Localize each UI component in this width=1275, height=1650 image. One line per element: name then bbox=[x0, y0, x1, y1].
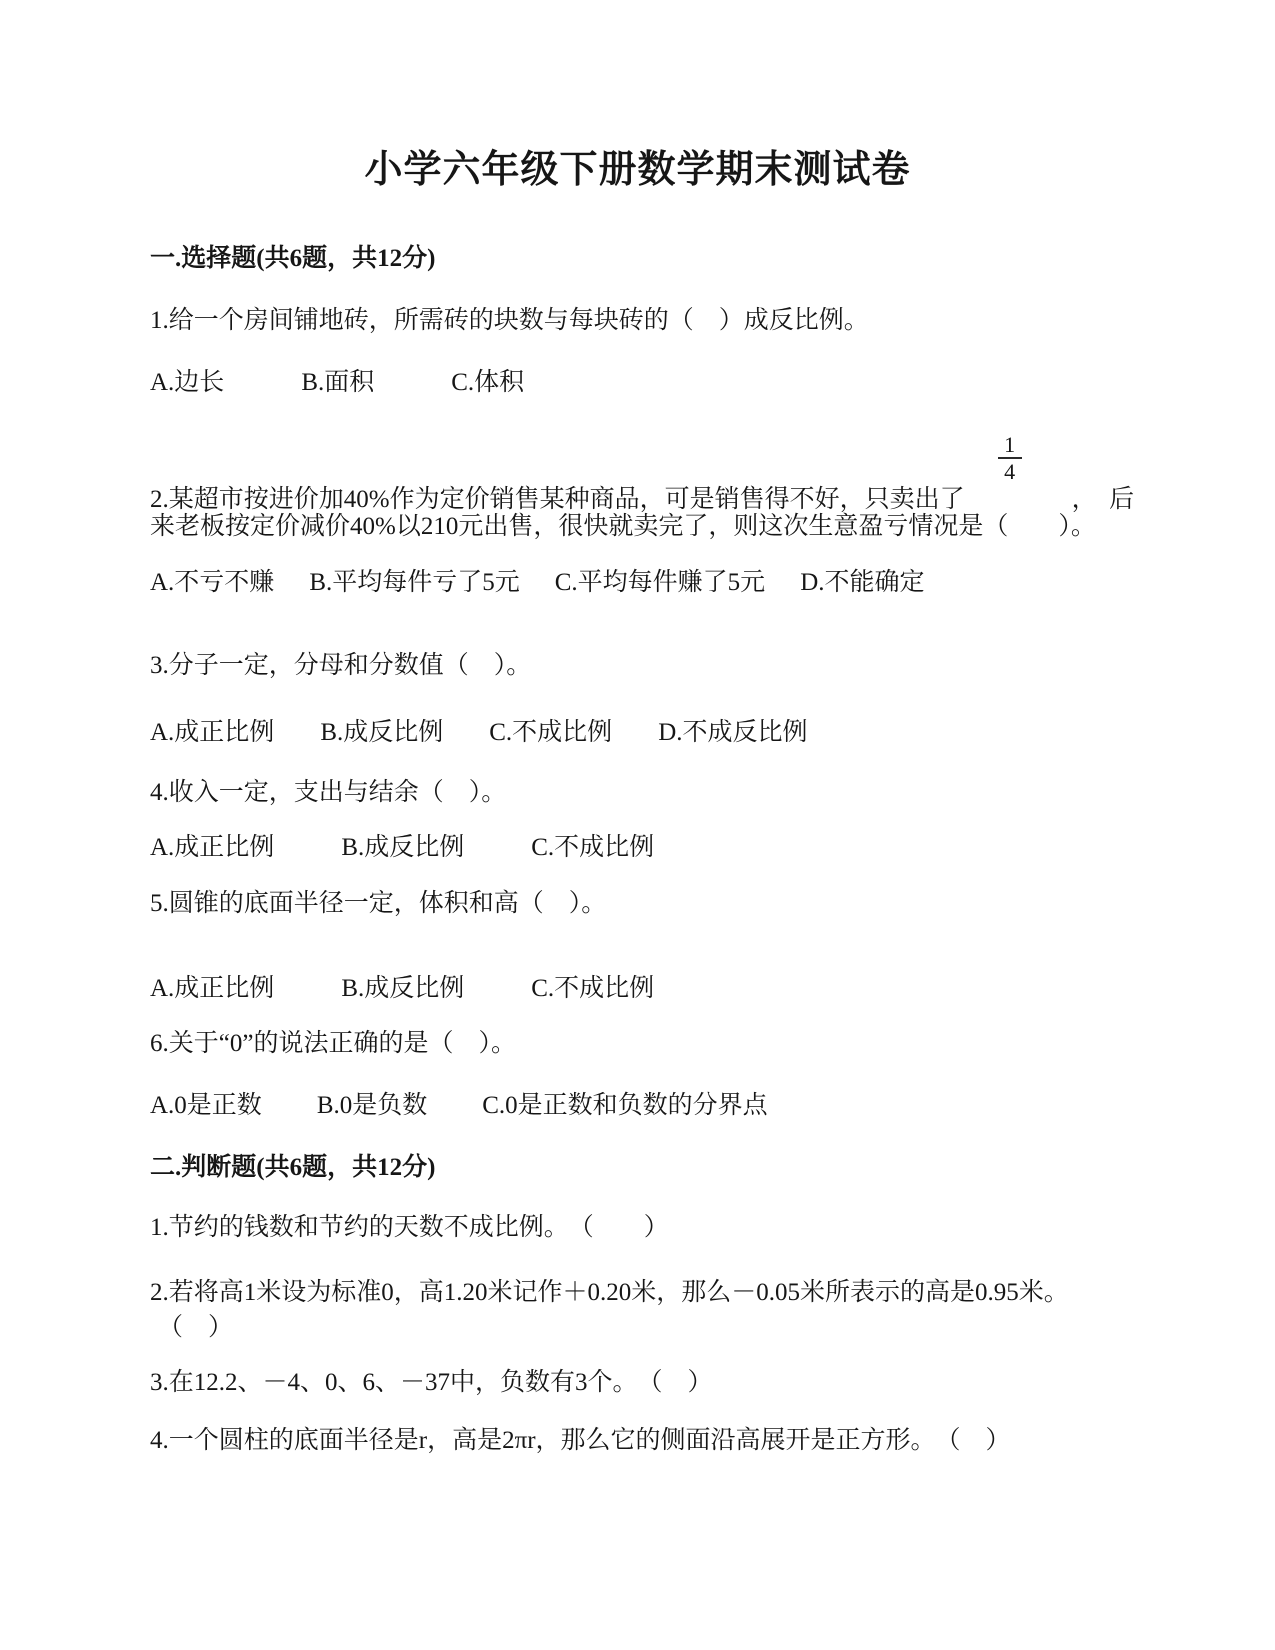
option-c: C.不成比例 bbox=[489, 717, 612, 748]
q2-text-after-fraction: ， 后 bbox=[1072, 486, 1135, 513]
choice-q2-line2: 来老板按定价减价40%以210元出售，很快就卖完了，则这次生意盈亏情况是（ ）。 bbox=[150, 511, 1096, 542]
choice-q5-options: A.成正比例 B.成反比例 C.不成比例 bbox=[150, 973, 654, 1004]
option-a: A.0是正数 bbox=[150, 1090, 262, 1121]
judge-q4-text: 4.一个圆柱的底面半径是r，高是2πr，那么它的侧面沿高展开是正方形。 （ ） bbox=[150, 1425, 1011, 1456]
option-d: D.不能确定 bbox=[800, 567, 924, 598]
option-d: D.不成反比例 bbox=[658, 717, 807, 748]
option-a: A.成正比例 bbox=[150, 832, 274, 863]
option-b: B.平均每件亏了5元 bbox=[309, 567, 519, 598]
option-c: C.0是正数和负数的分界点 bbox=[482, 1090, 767, 1121]
option-a: A.边长 bbox=[150, 367, 224, 398]
choice-q6-options: A.0是正数 B.0是负数 C.0是正数和负数的分界点 bbox=[150, 1090, 768, 1121]
option-c: C.体积 bbox=[451, 367, 524, 398]
choice-q3-options: A.成正比例 B.成反比例 C.不成比例 D.不成反比例 bbox=[150, 717, 808, 748]
option-c: C.不成比例 bbox=[531, 973, 654, 1004]
fraction-stack: 14 bbox=[998, 433, 1022, 483]
option-b: B.成反比例 bbox=[341, 832, 464, 863]
option-b: B.成反比例 bbox=[341, 973, 464, 1004]
option-b: B.0是负数 bbox=[317, 1090, 427, 1121]
choice-q1-options: A.边长 B.面积 C.体积 bbox=[150, 367, 524, 398]
choice-q2-options: A.不亏不赚 B.平均每件亏了5元 C.平均每件赚了5元 D.不能确定 bbox=[150, 567, 925, 598]
judge-q1-text: 1.节约的钱数和节约的天数不成比例。 （ ） bbox=[150, 1212, 669, 1243]
choice-q1-text: 1.给一个房间铺地砖，所需砖的块数与每块砖的（ ）成反比例。 bbox=[150, 305, 869, 336]
exam-paper-page: 小学六年级下册数学期末测试卷 一.选择题(共6题，共12分) 1.给一个房间铺地… bbox=[0, 0, 1275, 1650]
option-a: A.成正比例 bbox=[150, 973, 274, 1004]
option-b: B.成反比例 bbox=[320, 717, 443, 748]
choice-q5-text: 5.圆锥的底面半径一定，体积和高（ ）。 bbox=[150, 888, 606, 919]
fraction-one-fourth: 14 bbox=[998, 476, 1022, 507]
option-c: C.平均每件赚了5元 bbox=[555, 567, 765, 598]
choice-q2-line1: 2.某超市按进价加40%作为定价销售某种商品，可是销售得不好，只卖出了14， 后 bbox=[150, 476, 1134, 515]
judge-q2-line1: 2.若将高1米设为标准0，高1.20米记作＋0.20米，那么－0.05米所表示的… bbox=[150, 1277, 1069, 1308]
paper-title: 小学六年级下册数学期末测试卷 bbox=[0, 148, 1275, 192]
q2-text-before-fraction: 2.某超市按进价加40%作为定价销售某种商品，可是销售得不好，只卖出了 bbox=[150, 486, 965, 513]
choice-q4-options: A.成正比例 B.成反比例 C.不成比例 bbox=[150, 832, 654, 863]
option-a: A.成正比例 bbox=[150, 717, 274, 748]
choice-q3-text: 3.分子一定，分母和分数值（ ）。 bbox=[150, 650, 531, 681]
option-c: C.不成比例 bbox=[531, 832, 654, 863]
section2-heading: 二.判断题(共6题，共12分) bbox=[150, 1152, 435, 1183]
fraction-denominator: 4 bbox=[998, 459, 1022, 483]
choice-q6-text: 6.关于“0”的说法正确的是（ ）。 bbox=[150, 1028, 516, 1059]
choice-q4-text: 4.收入一定，支出与结余（ ）。 bbox=[150, 777, 506, 808]
fraction-numerator: 1 bbox=[998, 433, 1022, 459]
judge-q2-line2: （ ） bbox=[158, 1312, 233, 1343]
option-a: A.不亏不赚 bbox=[150, 567, 274, 598]
section1-heading: 一.选择题(共6题，共12分) bbox=[150, 243, 435, 274]
judge-q3-text: 3.在12.2、－4、0、6、－37中，负数有3个。 （ ） bbox=[150, 1367, 713, 1398]
option-b: B.面积 bbox=[301, 367, 374, 398]
